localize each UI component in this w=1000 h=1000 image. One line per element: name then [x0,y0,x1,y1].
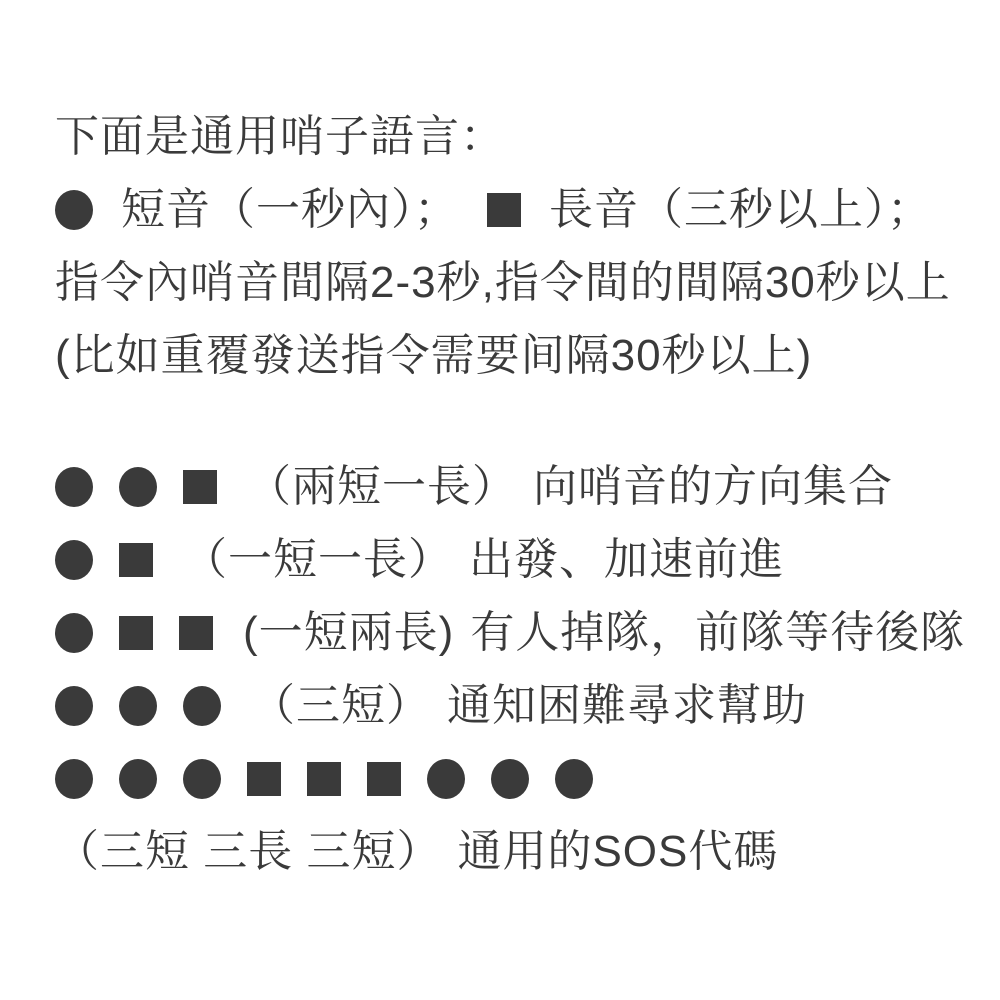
short-tone-dot-icon [55,613,93,653]
signal-name: （三短） [251,669,431,742]
short-tone-dot-icon [427,759,465,799]
long-tone-square-icon [119,543,153,577]
long-tone-square-icon [119,616,153,650]
short-tone-dot-icon [119,686,157,726]
legend-row: 短音（一秒內）； 長音（三秒以上）； [55,173,970,246]
signal-row-gather: （兩短一長） 向哨音的方向集合 [55,450,970,523]
signal-meaning: 有人掉隊，前隊等待後隊 [470,596,965,669]
signal-meaning: 通知困難尋求幫助 [447,669,807,742]
long-tone-label: 長音（三秒以上）； [549,173,932,246]
long-tone-square-icon [487,193,521,227]
short-tone-dot-icon [183,686,221,726]
signal-pattern [55,613,213,653]
signal-row-sos-caption: （三短 三長 三短） 通用的SOS代碼 [55,815,970,888]
long-tone-square-icon [183,470,217,504]
signal-meaning: 向哨音的方向集合 [533,450,893,523]
section-gap [55,392,970,450]
repeat-rule-text: (比如重覆發送指令需要间隔30秒以上) [55,319,812,392]
signal-pattern [55,540,153,580]
long-tone-square-icon [179,616,213,650]
interval-rule-row: 指令內哨音間隔2-3秒,指令間的間隔30秒以上 [55,246,970,319]
interval-rule-text: 指令內哨音間隔2-3秒,指令間的間隔30秒以上 [55,246,951,319]
whistle-language-document: 下面是通用哨子語言： 短音（一秒內）； 長音（三秒以上）； 指令內哨音間隔2-3… [0,0,1000,1000]
short-tone-dot-icon [55,759,93,799]
short-tone-dot-icon [183,759,221,799]
short-tone-dot-icon [55,467,93,507]
short-tone-dot-icon [119,759,157,799]
signal-name: （三短 三長 三短） [55,815,441,888]
short-tone-dot-icon [119,467,157,507]
long-tone-square-icon [367,762,401,796]
long-tone-square-icon [247,762,281,796]
short-tone-dot-icon [55,540,93,580]
signal-meaning: 出發、加速前進 [469,523,784,596]
title-row: 下面是通用哨子語言： [55,100,970,173]
repeat-rule-row: (比如重覆發送指令需要间隔30秒以上) [55,319,970,392]
page-title: 下面是通用哨子語言： [55,100,505,173]
signal-row-depart: （一短一長） 出發、加速前進 [55,523,970,596]
long-tone-square-icon [307,762,341,796]
short-tone-dot-icon [55,686,93,726]
signal-name: (一短兩長) [243,596,454,669]
signal-meaning: 通用的SOS代碼 [457,815,778,888]
signal-pattern [55,467,217,507]
short-tone-dot-icon [55,190,93,230]
short-tone-label: 短音（一秒內）； [121,173,459,246]
short-tone-dot-icon [555,759,593,799]
signal-pattern [55,759,593,799]
signal-name: （兩短一長） [247,450,517,523]
short-tone-dot-icon [491,759,529,799]
signal-name: （一短一長） [183,523,453,596]
signal-row-sos-pattern [55,742,970,815]
signal-row-wait: (一短兩長) 有人掉隊，前隊等待後隊 [55,596,970,669]
signal-pattern [55,686,221,726]
signal-row-help: （三短） 通知困難尋求幫助 [55,669,970,742]
